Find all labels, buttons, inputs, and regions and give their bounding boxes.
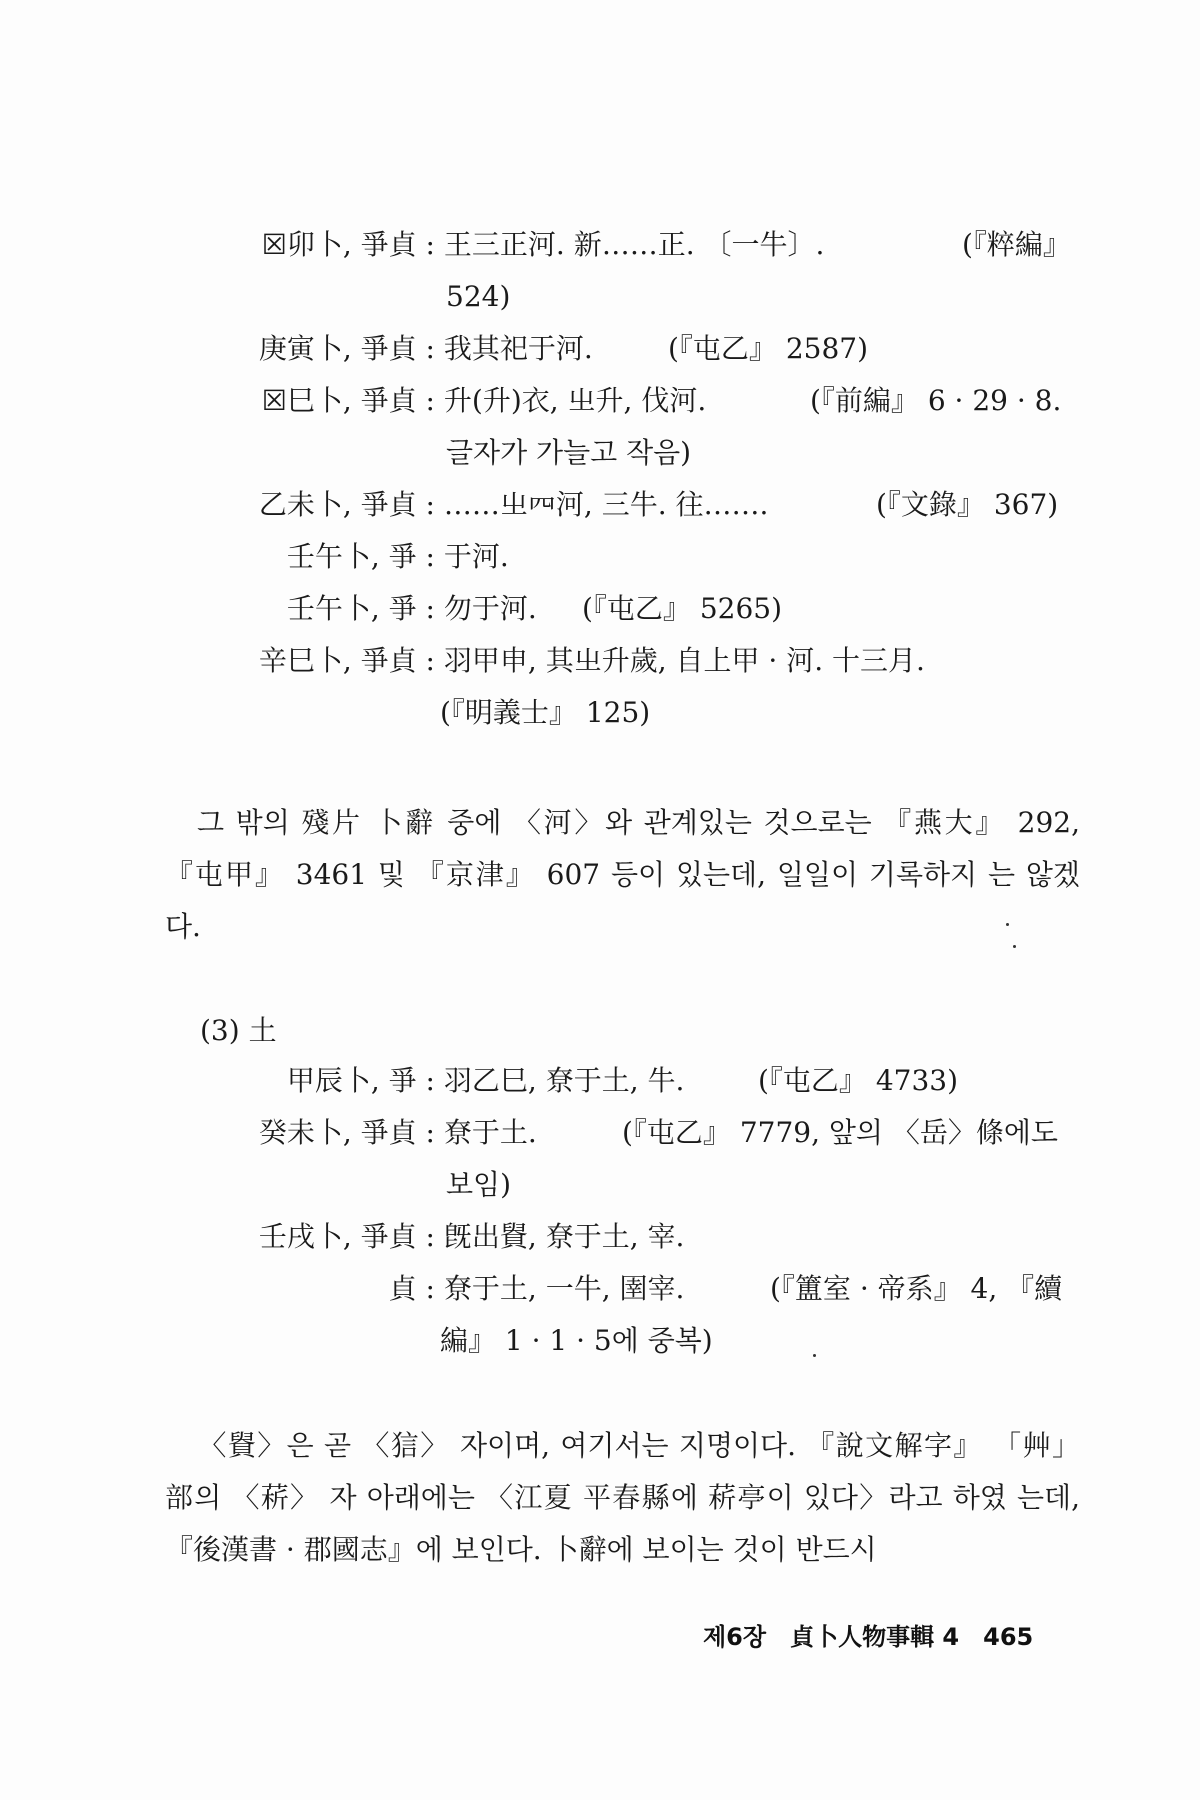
inscription-text: 尞于土.	[444, 1116, 537, 1149]
body-paragraph: 그 밖의 殘片 卜辭 중에 〈河〉와 관계있는 것으로는 『燕大』 292, 『…	[165, 797, 1080, 953]
running-footer: 제6장貞卜人物事輯 4465	[703, 1622, 1033, 1652]
inscription-prefix: ☒巳卜, 爭貞 :	[0, 383, 435, 419]
inscription-text: 勿于河.	[444, 592, 537, 625]
inscription-prefix: 壬午卜, 爭 :	[0, 539, 435, 575]
inscription-line: 辛巳卜, 爭貞 : 羽甲申, 其㞢升歲, 自上甲 · 河. 十三月.	[0, 643, 925, 679]
section-heading: (3) 土	[200, 1013, 277, 1049]
inscription-prefix: 壬午卜, 爭 :	[0, 591, 435, 627]
inscription-prefix: 庚寅卜, 爭貞 :	[0, 331, 435, 367]
continuation-line: 보임)	[446, 1167, 511, 1203]
citation: (『屯乙』 4733)	[758, 1063, 958, 1099]
inscription-line: ☒巳卜, 爭貞 : 升(升)衣, 㞢升, 伐河.	[0, 383, 706, 419]
book-page: ☒卯卜, 爭貞 : 王三正河. 新𩚵……正. 〔一牛〕. (『粹編』 524) …	[0, 0, 1200, 1800]
page-number: 465	[983, 1623, 1033, 1651]
scan-speck	[1006, 923, 1009, 926]
inscription-line: 庚寅卜, 爭貞 : 我其祀于河.	[0, 331, 593, 367]
citation: (『前編』 6 · 29 · 8.	[810, 383, 1061, 419]
chapter-title: 貞卜人物事輯 4	[790, 1623, 959, 1651]
inscription-text: 我其祀于河.	[444, 332, 593, 365]
inscription-line: 癸未卜, 爭貞 : 尞于土.	[0, 1115, 537, 1151]
inscription-text: 旣出䝿, 尞于土, 宰.	[444, 1220, 685, 1253]
inscription-text: 王三正河. 新𩚵……正. 〔一牛〕.	[444, 228, 825, 261]
citation: (『粹編』	[962, 227, 1071, 263]
citation: (『屯乙』 5265)	[582, 591, 782, 627]
inscription-line: 壬午卜, 爭 : 勿于河.	[0, 591, 537, 627]
continuation-line: 글자가 가늘고 작음)	[446, 435, 691, 471]
citation: (『簠室 · 帝系』 4, 『續	[770, 1271, 1062, 1307]
inscription-line: 壬午卜, 爭 : 于河.	[0, 539, 509, 575]
continuation-line: (『明義士』 125)	[440, 695, 650, 731]
inscription-text: 羽甲申, 其㞢升歲, 自上甲 · 河. 十三月.	[444, 644, 925, 677]
continuation-line: 編』 1 · 1 · 5에 중복)	[440, 1323, 713, 1359]
continuation-line: 524)	[446, 279, 510, 315]
paragraph-text: 〈䝿〉은 곧 〈狺〉 자이며, 여기서는 지명이다. 『說文解字』 「艸」 部의…	[165, 1429, 1080, 1566]
inscription-line: 乙未卜, 爭貞 : ……㞢𦉪河, 三牛. 往…….	[0, 487, 768, 523]
inscription-text: ……㞢𦉪河, 三牛. 往…….	[444, 488, 769, 521]
inscription-line: 貞 : 尞于土, 一牛, 圉宰.	[0, 1271, 684, 1307]
inscription-text: 升(升)衣, 㞢升, 伐河.	[444, 384, 706, 417]
inscription-prefix: 甲辰卜, 爭 :	[0, 1063, 435, 1099]
chapter-label: 제6장	[703, 1623, 766, 1651]
scan-speck	[813, 1354, 816, 1357]
inscription-prefix: 乙未卜, 爭貞 :	[0, 487, 435, 523]
inscription-text: 于河.	[444, 540, 509, 573]
body-paragraph: 〈䝿〉은 곧 〈狺〉 자이며, 여기서는 지명이다. 『說文解字』 「艸」 部의…	[165, 1420, 1080, 1576]
citation: (『文錄』 367)	[876, 487, 1058, 523]
citation: (『屯乙』 2587)	[668, 331, 868, 367]
inscription-line: 甲辰卜, 爭 : 羽乙巳, 尞于土, 牛.	[0, 1063, 684, 1099]
inscription-prefix: 辛巳卜, 爭貞 :	[0, 643, 435, 679]
inscription-prefix: 壬戌卜, 爭貞 :	[0, 1219, 435, 1255]
citation: (『屯乙』 7779, 앞의 〈岳〉條에도	[622, 1115, 1058, 1151]
inscription-prefix: ☒卯卜, 爭貞 :	[0, 227, 435, 263]
inscription-line: ☒卯卜, 爭貞 : 王三正河. 新𩚵……正. 〔一牛〕.	[0, 227, 824, 263]
inscription-prefix: 貞 :	[0, 1271, 435, 1307]
inscription-text: 尞于土, 一牛, 圉宰.	[444, 1272, 685, 1305]
paragraph-text: 그 밖의 殘片 卜辭 중에 〈河〉와 관계있는 것으로는 『燕大』 292, 『…	[165, 806, 1080, 943]
inscription-text: 羽乙巳, 尞于土, 牛.	[444, 1064, 685, 1097]
scan-speck	[1013, 945, 1016, 948]
inscription-line: 壬戌卜, 爭貞 : 旣出䝿, 尞于土, 宰.	[0, 1219, 684, 1255]
inscription-prefix: 癸未卜, 爭貞 :	[0, 1115, 435, 1151]
